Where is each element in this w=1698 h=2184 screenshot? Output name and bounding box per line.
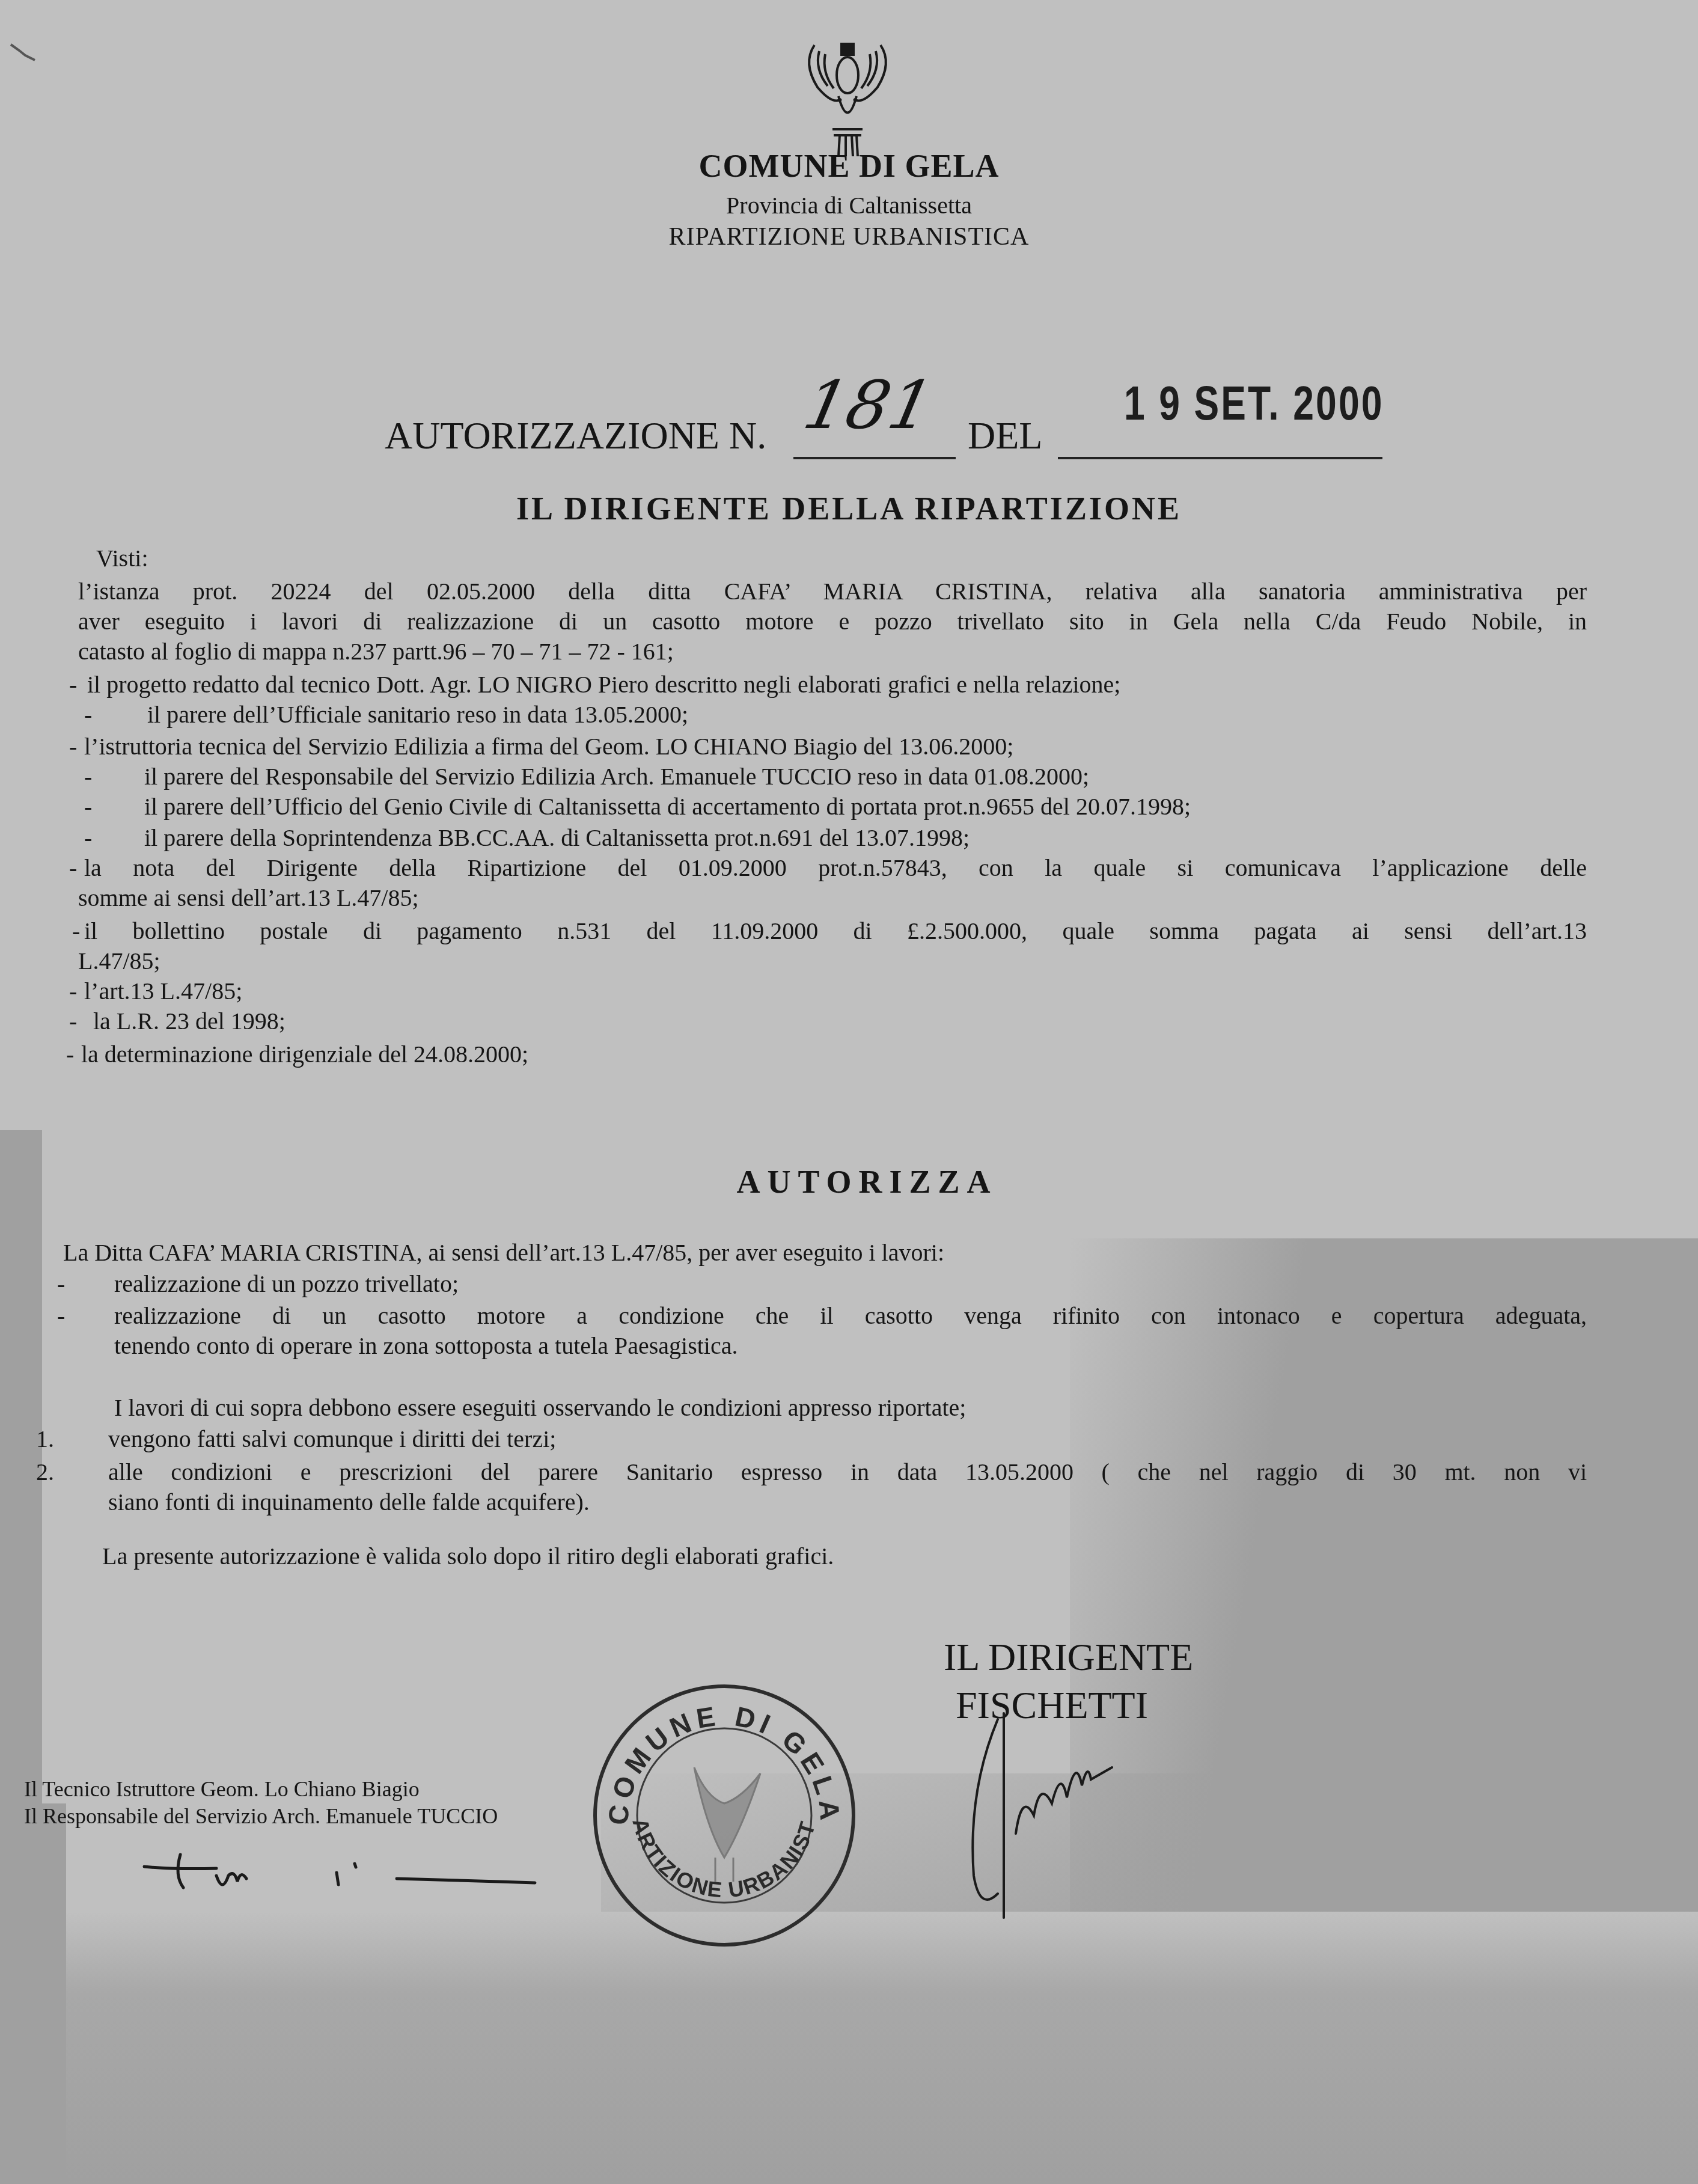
visti-item: la nota del Dirigente della Ripartizione… [84, 854, 1587, 882]
list-bullet: - [69, 977, 77, 1006]
date-stamp: 1 9 SET. 2000 [1124, 376, 1384, 431]
dirigente-label: IL DIRIGENTE [944, 1635, 1193, 1680]
tecnico-label: Il Tecnico Istruttore Geom. Lo Chiano Bi… [24, 1776, 420, 1802]
visti-item: la determinazione dirigenziale del 24.08… [81, 1040, 528, 1069]
corner-mark-icon [8, 42, 44, 72]
visti-item: il parere dell’Ufficio del Genio Civile … [144, 792, 1191, 821]
authorization-label: AUTORIZZAZIONE N. [385, 414, 766, 458]
condition-item: vengono fatti salvi comunque i diritti d… [108, 1425, 556, 1454]
official-seal-icon: COMUNE DI GELA RIPARTIZIONE URBANISTICA [586, 1677, 863, 1954]
header-comune: COMUNE DI GELA [0, 147, 1698, 185]
autorizza-work-item: realizzazione di un casotto motore a con… [114, 1302, 1587, 1330]
header-ripartizione: RIPARTIZIONE URBANISTICA [0, 222, 1698, 251]
visti-item: L.47/85; [78, 947, 160, 976]
header-provincia: Provincia di Caltanissetta [0, 191, 1698, 219]
visti-item: l’istruttoria tecnica del Servizio Edili… [84, 732, 1013, 761]
list-bullet: - [69, 1007, 77, 1036]
list-bullet: - [84, 792, 92, 821]
visti-item: il bollettino postale di pagamento n.531… [84, 917, 1587, 946]
condition-item: alle condizioni e prescrizioni del parer… [108, 1458, 1587, 1487]
date-underline [1058, 457, 1382, 459]
visti-item: il progetto redatto dal tecnico Dott. Ag… [87, 670, 1120, 699]
visti-item: somme ai sensi dell’art.13 L.47/85; [78, 884, 419, 913]
condition-item: siano fonti di inquinamento delle falde … [108, 1488, 590, 1517]
visti-item: catasto al foglio di mappa n.237 partt.9… [78, 637, 674, 666]
authorization-number: 181 [797, 367, 939, 444]
visti-item: il parere del Responsabile del Servizio … [144, 762, 1089, 791]
list-bullet: - [84, 762, 92, 791]
responsabile-signature-icon [138, 1852, 559, 1900]
list-bullet: - [84, 824, 92, 852]
visti-item: il parere della Soprintendenza BB.CC.AA.… [144, 824, 970, 852]
conditions-intro: I lavori di cui sopra debbono essere ese… [114, 1393, 966, 1422]
visti-label: Visti: [96, 544, 148, 573]
list-bullet: - [72, 917, 80, 946]
visti-item: il parere dell’Ufficiale sanitario reso … [147, 700, 688, 729]
visti-item: aver eseguito i lavori di realizzazione … [78, 607, 1587, 636]
list-bullet: - [66, 1040, 74, 1069]
visti-item: l’istanza prot. 20224 del 02.05.2000 del… [78, 577, 1587, 606]
list-bullet: - [57, 1270, 65, 1298]
validity-note: La presente autorizzazione è valida solo… [102, 1542, 834, 1571]
responsabile-label: Il Responsabile del Servizio Arch. Emanu… [24, 1803, 498, 1829]
dirigente-signature-icon [962, 1719, 1190, 1918]
scan-shadow [0, 1803, 66, 2184]
list-bullet: - [84, 700, 92, 729]
issuer-title: IL DIRIGENTE DELLA RIPARTIZIONE [0, 490, 1698, 527]
list-number: 1. [36, 1425, 54, 1454]
list-bullet: - [69, 854, 77, 882]
list-number: 2. [36, 1458, 54, 1487]
autorizza-title: AUTORIZZA [0, 1163, 1698, 1201]
autorizza-work-item: realizzazione di un pozzo trivellato; [114, 1270, 459, 1298]
autorizza-work-item: tenendo conto di operare in zona sottopo… [114, 1332, 738, 1360]
visti-item: l’art.13 L.47/85; [84, 977, 242, 1006]
list-bullet: - [69, 732, 77, 761]
number-underline [793, 457, 956, 459]
list-bullet: - [57, 1302, 65, 1330]
list-bullet: - [69, 670, 77, 699]
eagle-crest-icon [790, 39, 905, 159]
del-label: DEL [968, 414, 1042, 458]
visti-item: la L.R. 23 del 1998; [93, 1007, 286, 1036]
autorizza-intro: La Ditta CAFA’ MARIA CRISTINA, ai sensi … [63, 1238, 944, 1267]
